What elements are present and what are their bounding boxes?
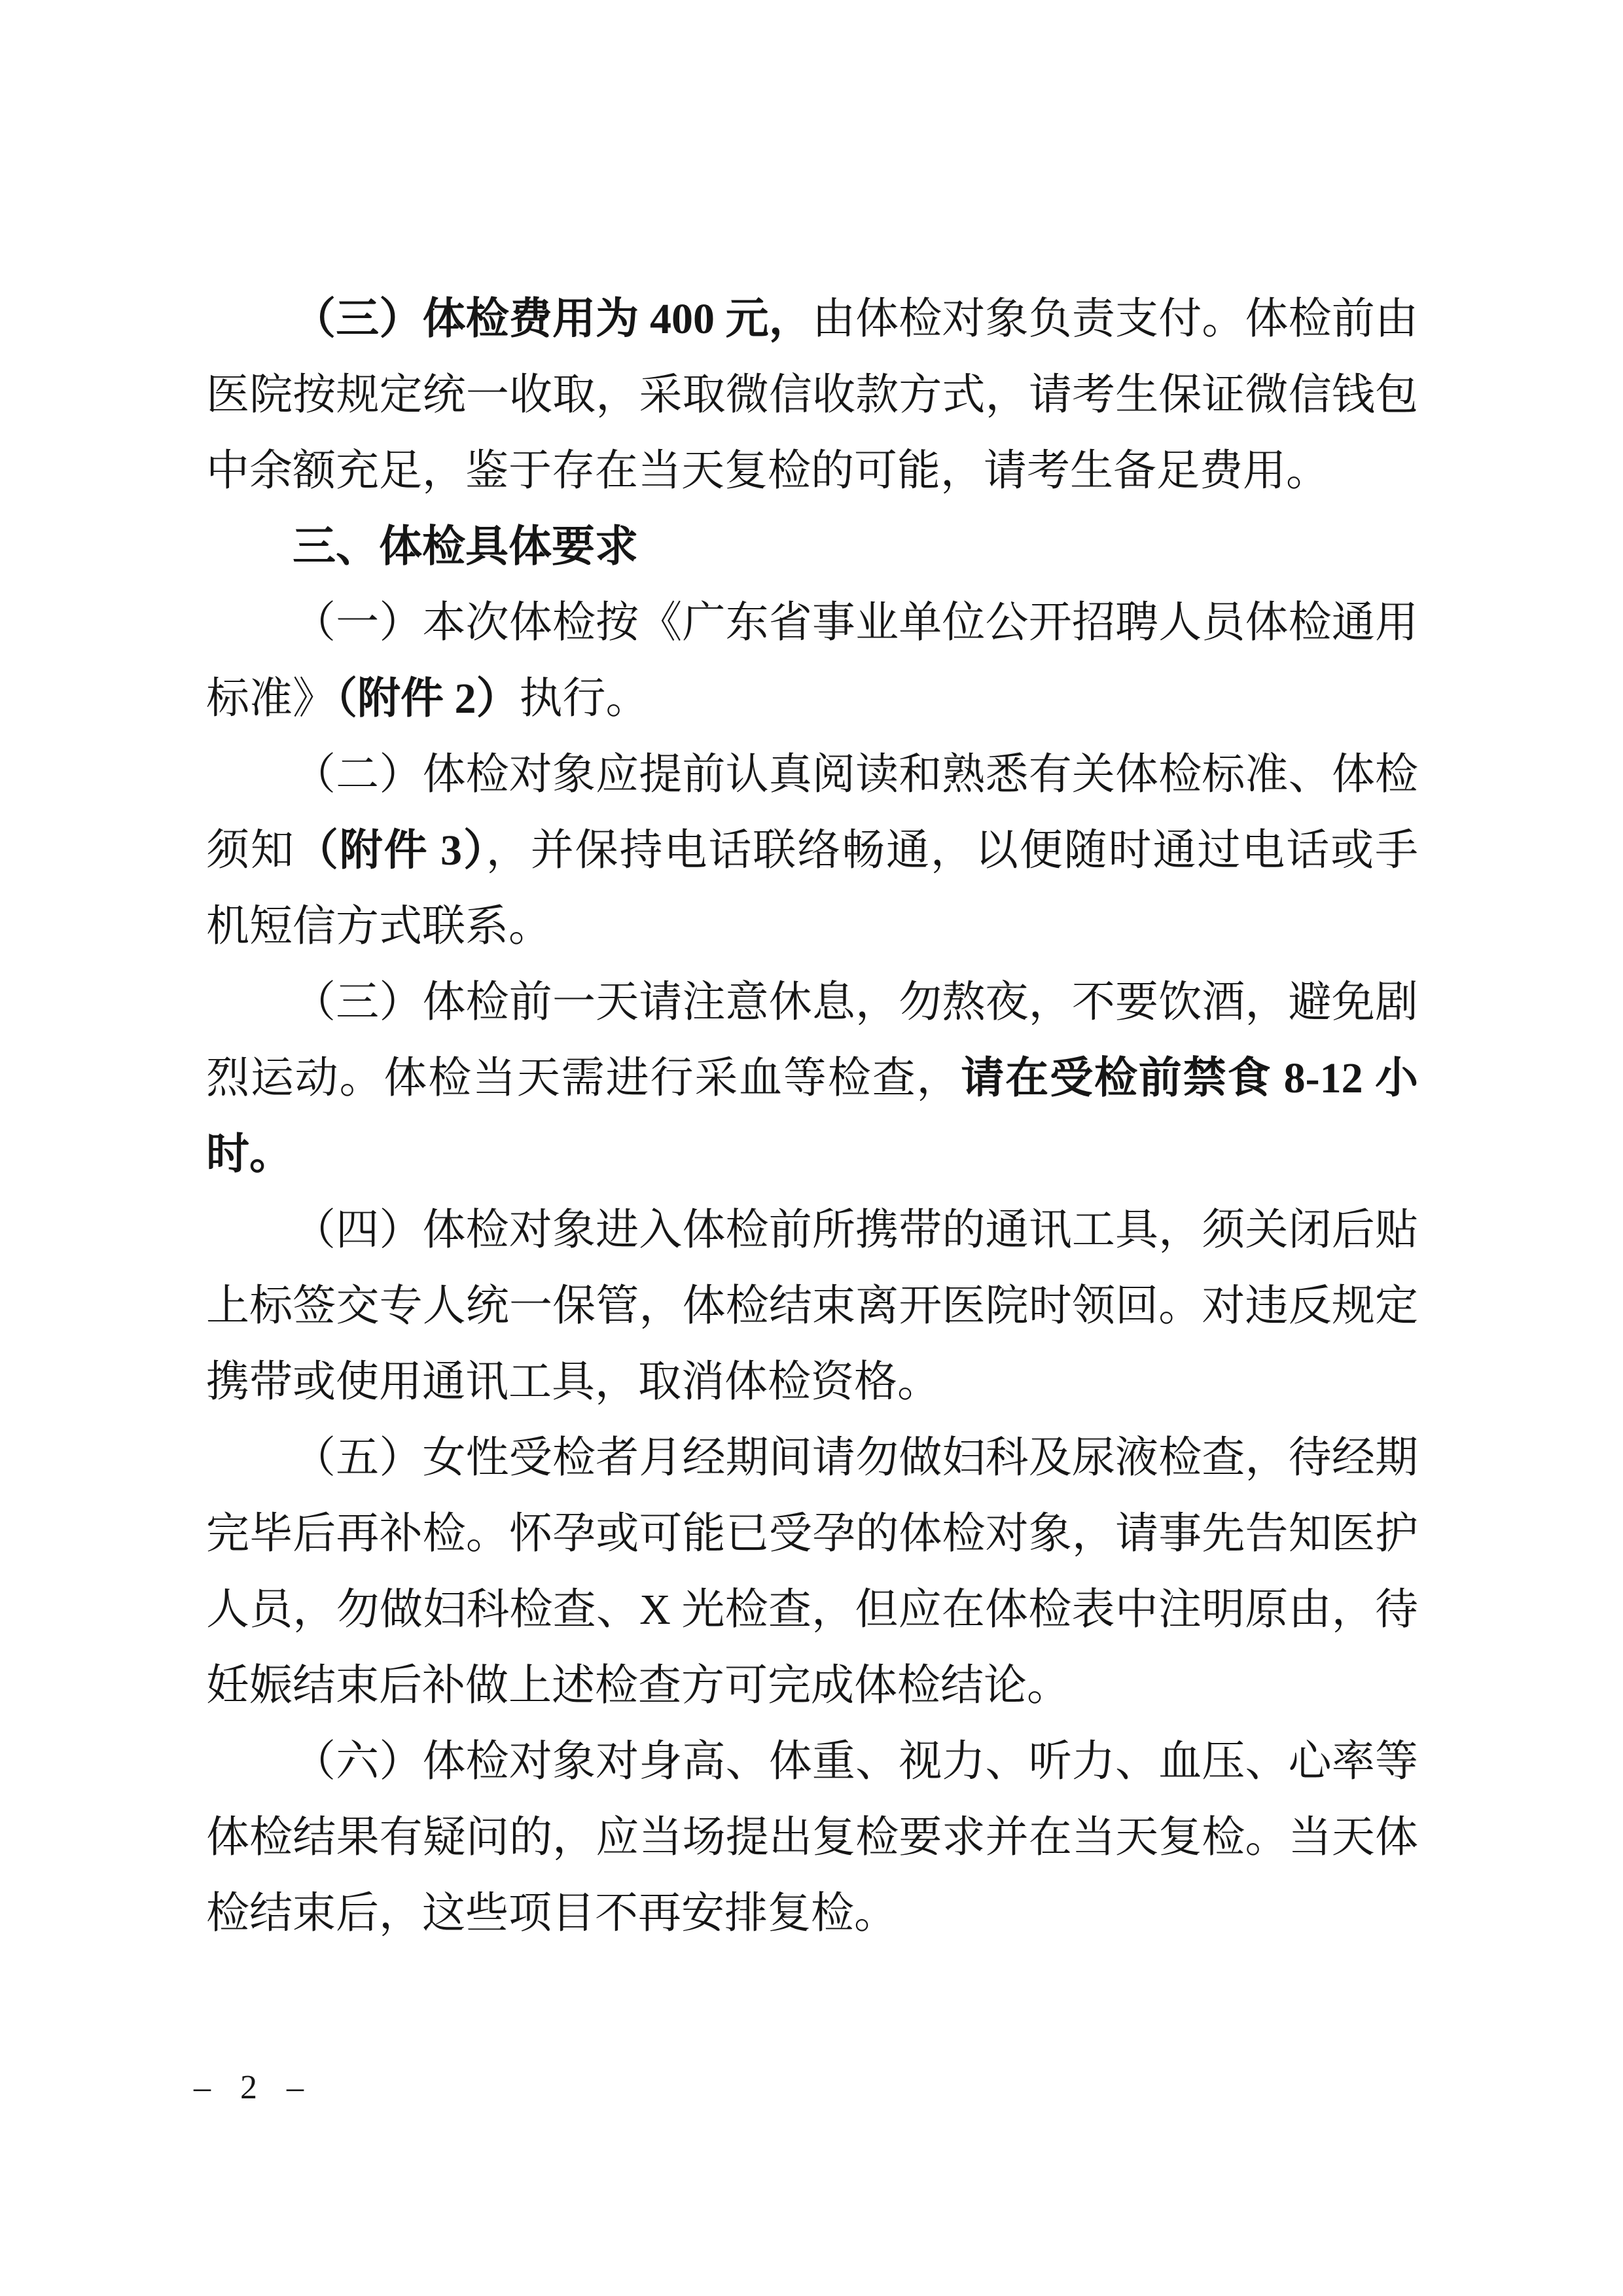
- text-line: （三）体检前一天请注意休息，勿熬夜，不要饮酒，避免剧: [206, 965, 1418, 1041]
- paragraph-text: 妊娠结束后补做上述检查方可完成体检结论。: [206, 1662, 1070, 1710]
- paragraph-text: 检结束后，这些项目不再安排复检。: [206, 1890, 897, 1937]
- text-line: （二）体检对象应提前认真阅读和熟悉有关体检标准、体检: [206, 737, 1418, 813]
- paragraph-text: （一）本次体检按《广东省事业单位公开招聘人员体检通用: [293, 599, 1418, 647]
- paragraph-text: 人员，勿做妇科检查、X 光检查，但应在体检表中注明原由，待: [206, 1586, 1418, 1634]
- text-line: 体检结果有疑问的，应当场提出复检要求并在当天复检。当天体: [206, 1800, 1418, 1876]
- text-line: （三）体检费用为 400 元，由体检对象负责支付。体检前由: [206, 281, 1418, 357]
- paragraph-text: 医院按规定统一收取，采取微信收款方式，请考生保证微信钱包: [206, 371, 1418, 419]
- paragraph-text: 中余额充足，鉴于存在当天复检的可能，请考生备足费用。: [206, 447, 1329, 495]
- paragraph-text: 由体检对象负责支付。体检前由: [812, 295, 1418, 343]
- attachment-ref-bold: （附件 3）: [295, 827, 486, 874]
- text-line: 人员，勿做妇科检查、X 光检查，但应在体检表中注明原由，待: [206, 1572, 1418, 1648]
- text-line: 携带或使用通讯工具，取消体检资格。: [206, 1344, 1418, 1420]
- fasting-notice-bold: 请在受检前禁食 8-12 小: [961, 1054, 1418, 1102]
- text-line: （六）体检对象对身高、体重、视力、听力、血压、心率等: [206, 1724, 1418, 1800]
- text-line: 上标签交专人统一保管，体检结束离开医院时领回。对违反规定: [206, 1268, 1418, 1344]
- text-line: 检结束后，这些项目不再安排复检。: [206, 1876, 1418, 1952]
- paragraph-text: 机短信方式联系。: [206, 903, 552, 950]
- paragraph-text: （四）体检对象进入体检前所携带的通讯工具，须关闭后贴: [293, 1206, 1418, 1254]
- text-line: 时。: [206, 1117, 1418, 1193]
- text-line: 中余额充足，鉴于存在当天复检的可能，请考生备足费用。: [206, 433, 1418, 509]
- paragraph-text: 烈运动。体检当天需进行采血等检查，: [206, 1054, 961, 1102]
- text-line: （五）女性受检者月经期间请勿做妇科及尿液检查，待经期: [206, 1420, 1418, 1496]
- paragraph-lead-bold: （三）体检费用为 400 元，: [293, 295, 812, 343]
- text-line: 机短信方式联系。: [206, 889, 1418, 965]
- paragraph-text: （六）体检对象对身高、体重、视力、听力、血压、心率等: [293, 1738, 1418, 1785]
- paragraph-text: 执行。: [520, 675, 649, 723]
- text-line: （四）体检对象进入体检前所携带的通讯工具，须关闭后贴: [206, 1193, 1418, 1268]
- text-line: 完毕后再补检。怀孕或可能已受孕的体检对象，请事先告知医护: [206, 1496, 1418, 1572]
- text-line: 须知（附件 3），并保持电话联络畅通，以便随时通过电话或手: [206, 813, 1418, 889]
- paragraph-text: 携带或使用通讯工具，取消体检资格。: [206, 1358, 940, 1406]
- paragraph-text: 标准》: [206, 675, 336, 723]
- page-number: – 2 –: [194, 2068, 314, 2107]
- paragraph-text: 完毕后再补检。怀孕或可能已受孕的体检对象，请事先告知医护: [206, 1510, 1418, 1558]
- text-line: 医院按规定统一收取，采取微信收款方式，请考生保证微信钱包: [206, 357, 1418, 433]
- fasting-notice-bold: 时。: [206, 1130, 293, 1178]
- text-line: 标准》（附件 2）执行。: [206, 661, 1418, 737]
- paragraph-text: ，并保持电话联络畅通，以便随时通过电话或手: [486, 827, 1418, 874]
- paragraph-text: 须知: [206, 827, 295, 874]
- section-heading-text: 三、体检具体要求: [293, 523, 638, 571]
- text-line: 烈运动。体检当天需进行采血等检查，请在受检前禁食 8-12 小: [206, 1041, 1418, 1117]
- paragraph-text: 上标签交专人统一保管，体检结束离开医院时领回。对违反规定: [206, 1282, 1418, 1330]
- text-line: （一）本次体检按《广东省事业单位公开招聘人员体检通用: [206, 585, 1418, 661]
- attachment-ref-bold: （附件 2）: [336, 675, 520, 723]
- document-page: （三）体检费用为 400 元，由体检对象负责支付。体检前由 医院按规定统一收取，…: [0, 0, 1623, 2296]
- paragraph-text: （三）体检前一天请注意休息，勿熬夜，不要饮酒，避免剧: [293, 978, 1418, 1026]
- document-body: （三）体检费用为 400 元，由体检对象负责支付。体检前由 医院按规定统一收取，…: [206, 281, 1418, 1952]
- paragraph-text: 体检结果有疑问的，应当场提出复检要求并在当天复检。当天体: [206, 1814, 1418, 1861]
- paragraph-text: （二）体检对象应提前认真阅读和熟悉有关体检标准、体检: [293, 751, 1418, 798]
- paragraph-text: （五）女性受检者月经期间请勿做妇科及尿液检查，待经期: [293, 1434, 1418, 1482]
- section-heading: 三、体检具体要求: [206, 509, 1418, 585]
- text-line: 妊娠结束后补做上述检查方可完成体检结论。: [206, 1648, 1418, 1724]
